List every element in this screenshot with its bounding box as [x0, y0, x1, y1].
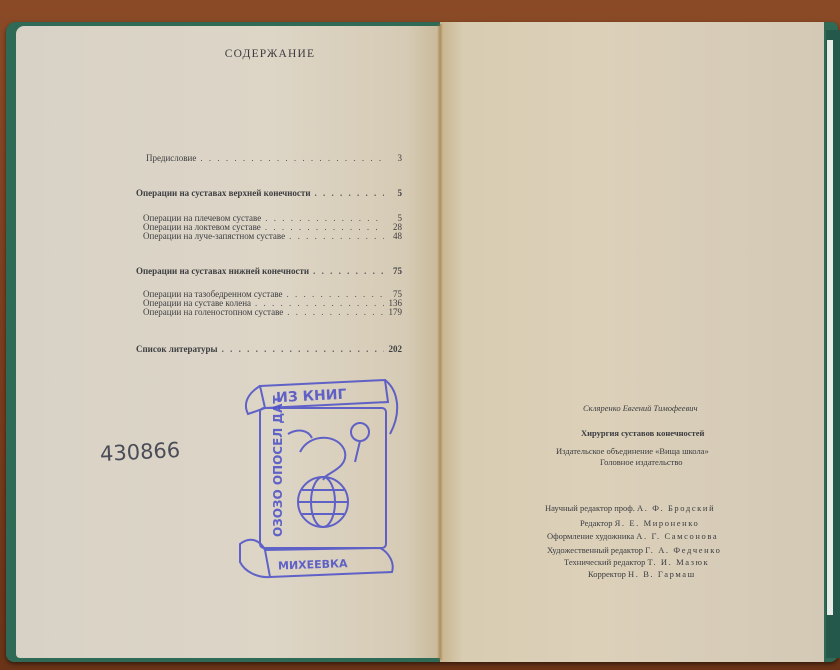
- credit-line: Художественный редактор Г. А. Федченко: [547, 545, 721, 555]
- credit-line: Технический редактор Т. И. Мазюк: [564, 557, 709, 567]
- stamp-top-text: ИЗ КНИГ: [276, 387, 347, 407]
- credit-line: Научный редактор проф. А. Ф. Бродский: [545, 503, 715, 513]
- toc-entry-page: 5: [388, 188, 402, 198]
- credit-name: Т. И. Мазюк: [648, 557, 710, 567]
- toc-entry-page: 202: [388, 344, 402, 354]
- toc-entry-label: Список литературы: [136, 344, 218, 354]
- page-edge-strip: [827, 40, 833, 615]
- credit-name: Н. В. Гармаш: [628, 569, 696, 579]
- credit-line: Оформление художника А. Г. Самсонова: [547, 531, 718, 541]
- toc-entry-label: Операции на луче-запястном суставе: [143, 231, 285, 241]
- toc-entry-page: 179: [388, 307, 402, 317]
- toc-leader-dots: [315, 188, 384, 198]
- credit-role: Редактор: [580, 518, 613, 528]
- toc-entry: Операции на голеностопном суставе 179: [143, 307, 402, 317]
- book-gutter: [437, 24, 443, 660]
- credit-name: А. Ф. Бродский: [637, 503, 715, 513]
- toc-entry-page: 75: [388, 266, 402, 276]
- publisher-subtitle: Головное издательство: [600, 457, 683, 467]
- toc-leader-dots: [287, 307, 384, 317]
- credit-line: Корректор Н. В. Гармаш: [588, 569, 696, 579]
- toc-section: Операции на суставах верхней конечности …: [136, 188, 402, 198]
- book-title: Хирургия суставов конечностей: [581, 428, 704, 438]
- credit-line: Редактор Я. Е. Мироненко: [580, 518, 699, 528]
- credit-name: Я. Е. Мироненко: [615, 518, 700, 528]
- toc-entry: Операции на луче-запястном суставе 48: [143, 231, 402, 241]
- toc-entry-label: Операции на голеностопном суставе: [143, 307, 283, 317]
- publisher-name: Издательское объединение «Вища школа»: [556, 446, 709, 456]
- toc-entry-label: Предисловие: [146, 153, 196, 163]
- toc-heading: СОДЕРЖАНИЕ: [130, 48, 410, 60]
- stamp-side-text: ОЗОЗО ОПОСЕЛ ДАТ: [271, 395, 285, 537]
- book-author: Скляренко Евгений Тимофеевич: [583, 403, 698, 413]
- toc-entry: Предисловие 3: [146, 153, 402, 163]
- toc-entry-page: 48: [388, 231, 402, 241]
- toc-section: Список литературы 202: [136, 344, 402, 354]
- toc-leader-dots: [222, 344, 384, 354]
- toc-entry-page: 3: [388, 153, 402, 163]
- toc-entry-label: Операции на суставах верхней конечности: [136, 188, 311, 198]
- credit-name: Г. А. Федченко: [645, 545, 721, 555]
- credit-role: Корректор: [588, 569, 626, 579]
- toc-leader-dots: [313, 266, 384, 276]
- credit-role: Оформление художника: [547, 531, 634, 541]
- toc-leader-dots: [289, 231, 384, 241]
- stamp-bottom-text: МИХЕЕВКА: [278, 557, 348, 572]
- toc-leader-dots: [200, 153, 384, 163]
- credit-role: Технический редактор: [564, 557, 645, 567]
- credit-name: А. Г. Самсонова: [636, 531, 718, 541]
- toc-entry-label: Операции на суставах нижней конечности: [136, 266, 309, 276]
- credit-role: Художественный редактор: [547, 545, 643, 555]
- handwritten-inventory-number: 430866: [99, 438, 180, 466]
- toc-section: Операции на суставах нижней конечности 7…: [136, 266, 402, 276]
- library-stamp: ИЗ КНИГ МИХЕЕВКА ОЗОЗО ОПОСЕЛ ДАТ: [220, 372, 400, 600]
- credit-role: Научный редактор проф.: [545, 503, 635, 513]
